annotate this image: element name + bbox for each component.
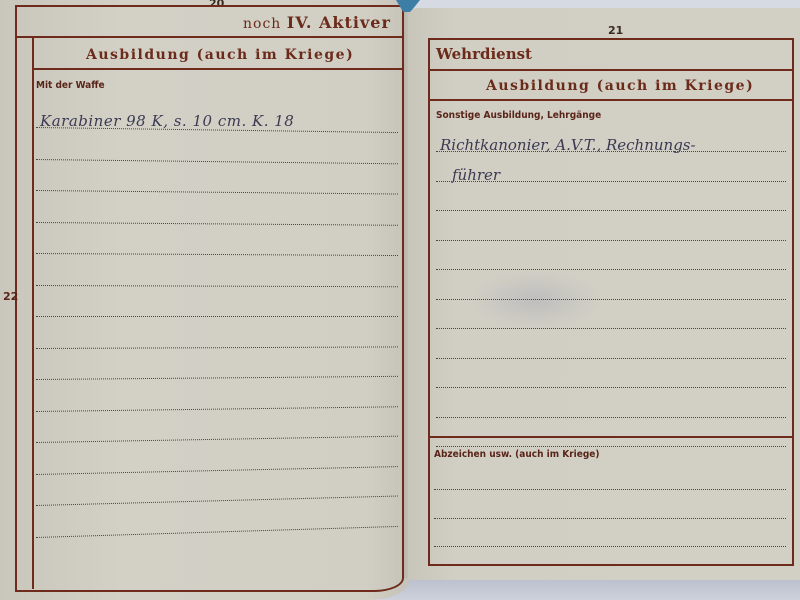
- writing-line: [436, 181, 786, 182]
- writing-line: [436, 358, 786, 359]
- writing-line: [434, 518, 786, 519]
- left-section-divider: [32, 68, 402, 70]
- writing-line: [434, 489, 786, 490]
- right-field-label: Sonstige Ausbildung, Lehrgänge: [436, 110, 601, 121]
- writing-line: [436, 240, 786, 241]
- writing-line: [436, 210, 786, 211]
- left-header-title: noch IV. Aktiver: [243, 13, 391, 32]
- right-header-title: Wehrdienst: [436, 45, 532, 63]
- writing-line: [436, 446, 786, 447]
- badges-label: Abzeichen usw. (auch im Kriege): [434, 449, 599, 460]
- faded-stamp: [470, 270, 600, 330]
- writing-line: [436, 269, 786, 270]
- writing-line: [436, 417, 786, 418]
- right-header-divider: [428, 69, 792, 71]
- right-section-divider: [428, 99, 792, 101]
- right-badges-divider: [428, 436, 792, 438]
- writing-line: [436, 328, 786, 329]
- page-number-21: 21: [608, 24, 623, 37]
- left-section-title: Ausbildung (auch im Kriege): [86, 47, 354, 63]
- left-field-label: Mit der Waffe: [36, 80, 105, 91]
- left-margin-line: [32, 36, 34, 589]
- left-header-divider: [15, 36, 402, 38]
- writing-line: [436, 387, 786, 388]
- right-section-title: Ausbildung (auch im Kriege): [486, 78, 754, 94]
- header-prefix: noch: [243, 16, 281, 32]
- writing-line: [436, 151, 786, 152]
- page-number-22: 22: [3, 290, 18, 303]
- header-title: IV. Aktiver: [287, 13, 391, 32]
- writing-line: [436, 299, 786, 300]
- writing-line: [434, 546, 786, 547]
- writing-line: [36, 316, 398, 317]
